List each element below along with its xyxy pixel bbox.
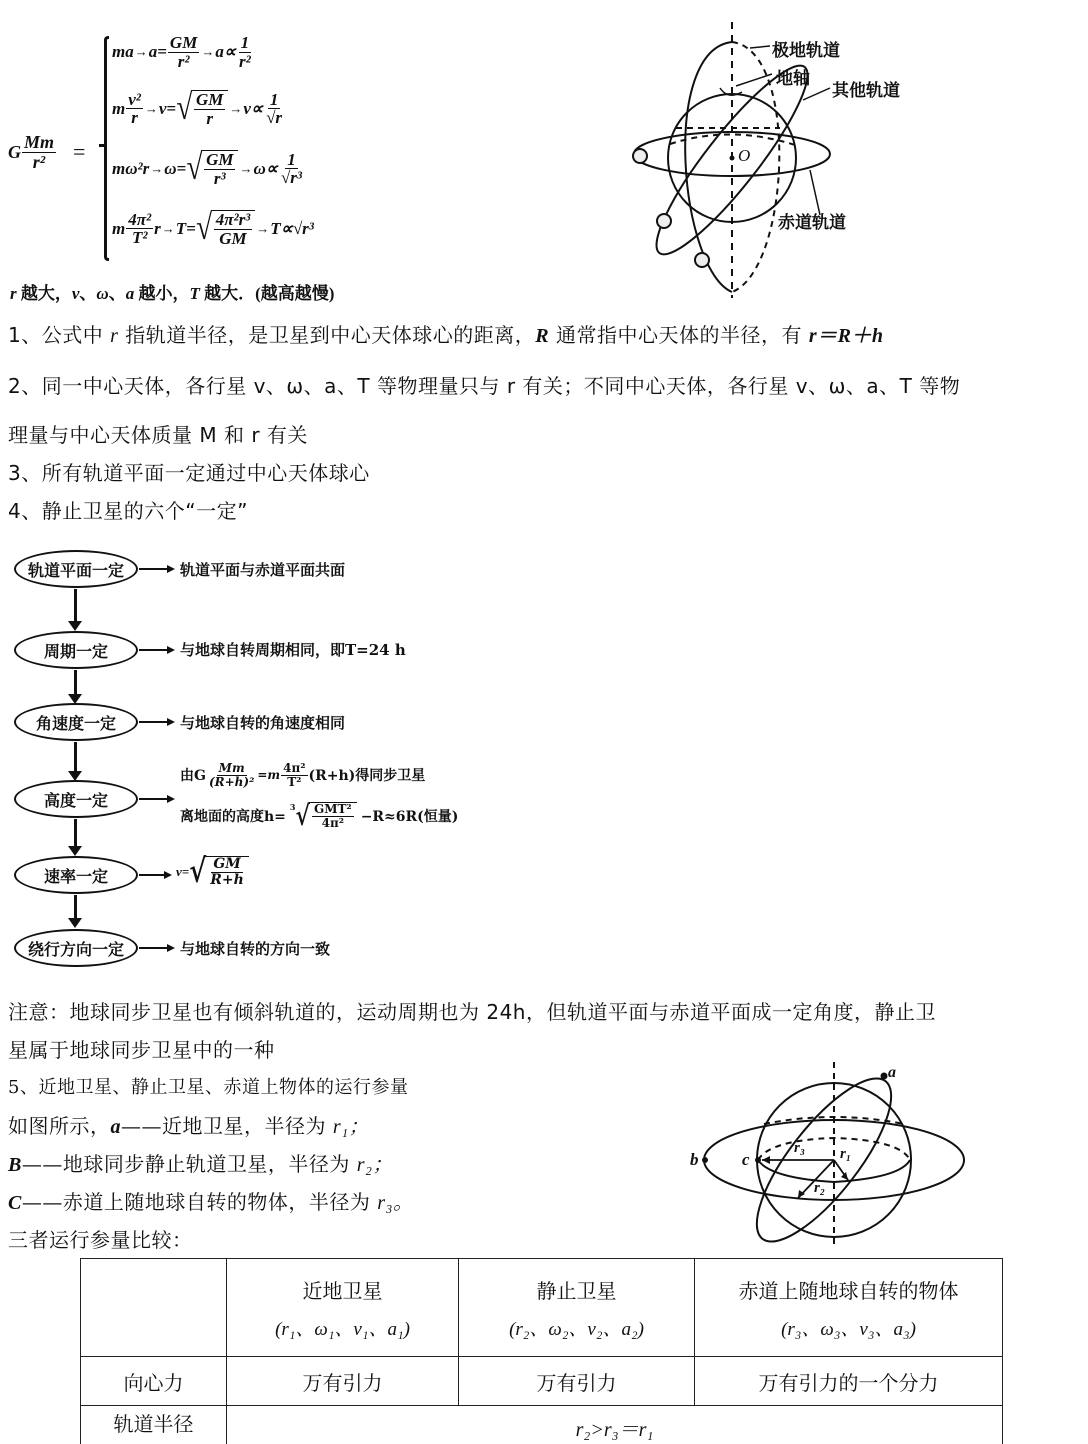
arrow-line	[139, 947, 171, 949]
row-result: v=	[159, 99, 176, 119]
table-header-cell: 近地卫星 (r₁、ω₁、v₁、a₁)	[227, 1259, 459, 1357]
label-other-orbit: 其他轨道	[832, 76, 900, 101]
equals-sign: =	[73, 139, 85, 165]
fraction-numerator: GM	[211, 857, 242, 873]
row-prop-fraction: 1 √r³	[279, 151, 304, 188]
gravitation-formula-block: G Mm r² = ma → a= GM r² → a∝ 1 r² m v² r…	[8, 28, 428, 268]
label-c: c	[742, 1150, 750, 1170]
section-5-compare: 三者运行参量比较：	[8, 1224, 193, 1253]
fraction-denominator: r³	[212, 170, 228, 188]
arrow-down-icon	[68, 918, 82, 928]
text-segment: 通常指中心天体的半径，有	[549, 323, 809, 347]
table-row: 向心力 万有引力 万有引力 万有引力的一个分力	[81, 1357, 1003, 1406]
label-r2: r₂	[814, 1180, 825, 1197]
flow-node-period: 周期一定	[14, 631, 138, 669]
flow-desc-height-line-2: 离地面的高度h= 3 √GMT²4π² −R≈6R(恒量)	[180, 802, 458, 829]
fraction-denominator: r²	[237, 53, 253, 71]
radius-r2: r₂；	[357, 1154, 393, 1176]
fraction-numerator: 1	[285, 151, 298, 170]
row-lead-tail: r	[154, 219, 161, 239]
fraction-denominator: T²	[130, 229, 149, 247]
arrow-right-icon	[167, 718, 175, 726]
flow-desc-direction: 与地球自转的方向一致	[180, 938, 330, 959]
formula-lhs-g: G	[8, 142, 21, 163]
arrow-line	[139, 649, 171, 651]
arrow-right-icon	[167, 944, 175, 952]
table-header-cell: 赤道上随地球自转的物体 (r₃、ω₃、v₃、a₃)	[695, 1259, 1003, 1357]
arrow-line	[74, 670, 77, 695]
fraction-numerator: 4π²	[281, 762, 307, 776]
arrow-line	[74, 589, 77, 621]
fraction-numerator: GM	[168, 34, 199, 53]
header-vars: (r₁、ω₁、v₁、a₁)	[227, 1314, 458, 1341]
arrow-right-icon	[167, 646, 175, 654]
point-2-line-1: 2、同一中心天体，各行星 v、ω、a、T 等物理量只与 r 有关；不同中心天体，…	[8, 370, 960, 399]
point-3: 3、所有轨道平面一定通过中心天体球心	[8, 457, 370, 486]
table-header-cell-empty	[81, 1259, 227, 1357]
fraction-numerator: 4π²r³	[214, 211, 253, 230]
flow-node-orbit-plane: 轨道平面一定	[14, 550, 138, 588]
arrow-right-icon: →	[229, 101, 242, 117]
label-polar-orbit: 极地轨道	[772, 36, 840, 61]
label-b: b	[690, 1150, 699, 1170]
row-proportional: ω∝	[253, 159, 277, 179]
radius-r1: r₁；	[333, 1116, 369, 1138]
arrow-line	[74, 819, 77, 847]
formula-lhs-fraction: Mm r²	[22, 133, 56, 172]
flow-node-height: 高度一定	[14, 780, 138, 818]
label-r3: r₃	[794, 1140, 805, 1157]
arrow-right-icon: →	[201, 44, 214, 60]
left-brace-tip-icon	[99, 144, 105, 147]
row-lead-fraction: 4π² T²	[126, 211, 153, 248]
orbit-types-diagram: 极地轨道 地轴 其他轨道 赤道轨道 O	[620, 20, 940, 300]
fraction-denominator: R+h	[208, 873, 246, 888]
fraction-denominator: √r³	[279, 169, 304, 187]
table-row: 轨道半径 r₂>r₃＝r₁	[81, 1406, 1003, 1444]
row-lead: mω²r	[112, 159, 149, 179]
arrow-right-icon: →	[150, 161, 163, 177]
sqrt-icon: √ GMr³	[186, 150, 238, 188]
table-header-cell: 静止卫星 (r₂、ω₂、v₂、a₂)	[459, 1259, 695, 1357]
sphere-orbit-diagram-icon	[680, 1060, 980, 1250]
table-cell-merged: r₂>r₃＝r₁	[227, 1406, 1003, 1444]
flow-node-angular-velocity: 角速度一定	[14, 703, 138, 741]
flow-node-speed: 速率一定	[14, 856, 138, 894]
fraction-numerator: GM	[204, 151, 235, 170]
fraction-denominator: r²	[31, 153, 47, 172]
flow-desc-period: 与地球自转周期相同，即T=24 h	[180, 639, 406, 660]
table-cell: 万有引力的一个分力	[695, 1357, 1003, 1406]
arrow-right-icon	[167, 565, 175, 573]
row-prop-value: √r³	[293, 219, 314, 239]
radius-r3: r₃。	[377, 1192, 413, 1214]
row-proportional: a∝	[215, 42, 236, 62]
flow-desc-angular-velocity: 与地球自转的角速度相同	[180, 712, 345, 733]
note-line-1: 注意：地球同步卫星也有倾斜轨道的，运动周期也为 24h，但轨道平面与赤道平面成一…	[8, 996, 936, 1025]
formula-row-velocity: m v² r → v= √ GMr → v∝ 1 √r	[112, 90, 285, 128]
section-5-title: 5、近地卫星、静止卫星、赤道上物体的运行参量	[8, 1073, 408, 1099]
arrow-line	[74, 742, 77, 772]
header-name: 静止卫星	[459, 1275, 694, 1304]
arrow-right-icon: →	[162, 221, 175, 237]
row-fraction: GM r²	[168, 34, 199, 71]
symbol-a: a	[111, 1116, 122, 1138]
label-a: a	[888, 1064, 896, 1082]
note-line-2: 星属于地球同步卫星中的一种	[8, 1034, 275, 1063]
flow-node-direction: 绕行方向一定	[14, 929, 138, 967]
fraction: 4π²T²	[281, 762, 307, 788]
arrow-down-icon	[68, 694, 82, 704]
label-earth-axis: 地轴	[776, 64, 810, 89]
flow-desc-height-line-1: 由G Mm(R+h)² =m 4π²T² (R+h)得同步卫星	[180, 762, 425, 788]
row-lead: ma	[112, 42, 134, 62]
fraction-denominator: r	[129, 109, 140, 127]
arrow-line	[139, 798, 171, 800]
header-name: 近地卫星	[227, 1275, 458, 1304]
summary-text: 越小，	[134, 284, 189, 303]
arrow-line	[139, 874, 167, 876]
formula-lhs: G Mm r² =	[8, 133, 85, 172]
fraction-denominator: 4π²	[320, 817, 346, 830]
fraction-numerator: Mm	[22, 133, 56, 153]
text-segment: 1、公式中	[8, 323, 110, 347]
arrow-line	[139, 568, 171, 570]
table-cell: 万有引力	[227, 1357, 459, 1406]
text-segment: ——地球同步静止轨道卫星，半径为	[22, 1152, 357, 1176]
summary-line: r 越大，v、ω、a 越小，T 越大．(越高越慢)	[10, 279, 334, 304]
label-r1: r₁	[840, 1146, 851, 1163]
formula-row-angular-velocity: mω²r → ω= √ GMr³ → ω∝ 1 √r³	[112, 150, 305, 188]
summary-text: 越大，	[17, 284, 72, 303]
var-r: r	[10, 284, 17, 303]
sqrt-icon: √GMT²4π²	[296, 802, 357, 829]
row-prop-fraction: 1 √r	[264, 91, 284, 128]
text-segment: 离地面的高度h=	[180, 806, 286, 826]
row-result: ω=	[164, 159, 186, 179]
row-prop-fraction: 1 r²	[237, 34, 253, 71]
arrow-down-icon	[68, 621, 82, 631]
row-result: T=	[176, 219, 196, 239]
row-result: a=	[149, 42, 167, 62]
row-label: 向心力	[81, 1357, 227, 1406]
section-5-line-a: 如图所示，a——近地卫星，半径为 r₁；	[8, 1110, 369, 1139]
label-equatorial-orbit: 赤道轨道	[778, 208, 846, 233]
arrow-right-icon: →	[239, 161, 252, 177]
satellite-comparison-diagram: a b c r₃ r₁ r₂	[680, 1060, 980, 1250]
row-label: 轨道半径	[81, 1406, 227, 1444]
left-brace-icon	[104, 36, 109, 261]
row-proportional: v∝	[243, 99, 263, 119]
arrow-right-icon	[164, 871, 172, 879]
table-header-row: 近地卫星 (r₁、ω₁、v₁、a₁) 静止卫星 (r₂、ω₂、v₂、a₂) 赤道…	[81, 1259, 1003, 1357]
row-proportional: T∝	[270, 219, 293, 239]
table-cell: 万有引力	[459, 1357, 695, 1406]
arrow-right-icon	[167, 795, 175, 803]
symbol-b: B	[8, 1154, 22, 1176]
fraction-numerator: GMT²	[312, 803, 354, 817]
fraction-denominator: (R+h)²	[207, 776, 256, 789]
sqrt-icon: √GMR+h	[189, 856, 249, 887]
formula-row-acceleration: ma → a= GM r² → a∝ 1 r²	[112, 34, 254, 71]
symbol-c: C	[8, 1192, 22, 1214]
text-segment: 由G	[180, 765, 206, 785]
arrow-right-icon: →	[256, 221, 269, 237]
fraction-numerator: v²	[126, 91, 143, 110]
fraction-numerator: 1	[239, 34, 252, 53]
fraction-numerator: Mm	[217, 762, 247, 776]
fraction-denominator: √r	[264, 109, 284, 127]
equation-r-equals-r-plus-h: r＝R＋h	[809, 325, 884, 347]
flow-desc-orbit-plane: 轨道平面与赤道平面共面	[180, 559, 345, 580]
text-segment: 指轨道半径，是卫星到中心天体球心的距离，	[118, 323, 535, 347]
arrow-line	[74, 895, 77, 919]
separator: 、	[79, 284, 96, 303]
arrow-line	[139, 721, 171, 723]
root-index: 3	[290, 802, 296, 812]
fraction-denominator: r	[204, 110, 215, 128]
fraction-denominator: T²	[285, 776, 303, 789]
text-segment: =m	[257, 768, 280, 782]
comparison-table: 近地卫星 (r₁、ω₁、v₁、a₁) 静止卫星 (r₂、ω₂、v₂、a₂) 赤道…	[80, 1258, 1003, 1444]
sqrt-icon: √ 4π²r³GM	[196, 210, 255, 248]
fraction: Mm(R+h)²	[207, 762, 256, 788]
arrow-right-icon: →	[145, 101, 158, 117]
text-segment: v=	[176, 864, 189, 880]
separator: 、	[109, 284, 126, 303]
arrow-down-icon	[68, 846, 82, 856]
sqrt-icon: √ GMr	[176, 90, 228, 128]
var-a: a	[126, 284, 135, 303]
var-big-r: R	[535, 325, 549, 347]
section-5-line-b: B——地球同步静止轨道卫星，半径为 r₂；	[8, 1148, 393, 1177]
header-vars: (r₃、ω₃、v₃、a₃)	[695, 1314, 1002, 1341]
text-segment: −R≈6R(恒量)	[361, 806, 459, 826]
text-segment: ——近地卫星，半径为	[121, 1114, 333, 1138]
row-lead: m	[112, 219, 125, 239]
label-center-o: O	[738, 146, 750, 166]
var-t: T	[189, 284, 199, 303]
text-segment: (R+h)得同步卫星	[309, 765, 426, 785]
fraction-denominator: r²	[176, 53, 192, 71]
fraction-numerator: 4π²	[126, 211, 153, 230]
arrow-down-icon	[68, 771, 82, 781]
section-5-line-c: C——赤道上随地球自转的物体，半径为 r₃。	[8, 1186, 413, 1215]
arrow-right-icon: →	[135, 44, 148, 60]
fraction-numerator: 1	[268, 91, 281, 110]
point-2-line-2: 理量与中心天体质量 M 和 r 有关	[8, 419, 308, 448]
fraction-numerator: GM	[194, 91, 225, 110]
header-name: 赤道上随地球自转的物体	[695, 1275, 1002, 1304]
summary-text: 越大．(越高越慢)	[200, 284, 335, 303]
text-segment: 如图所示，	[8, 1114, 111, 1138]
text-segment: ——赤道上随地球自转的物体，半径为	[22, 1190, 377, 1214]
formula-row-period: m 4π² T² r → T= √ 4π²r³GM → T∝ √r³	[112, 210, 314, 248]
point-1: 1、公式中 r 指轨道半径，是卫星到中心天体球心的距离，R 通常指中心天体的半径…	[8, 319, 884, 348]
orbit-diagram-icon	[620, 20, 940, 300]
fraction-denominator: GM	[217, 230, 248, 248]
point-4: 4、静止卫星的六个“一定”	[8, 495, 248, 524]
header-vars: (r₂、ω₂、v₂、a₂)	[459, 1314, 694, 1341]
row-lead-fraction: v² r	[126, 91, 143, 128]
row-lead: m	[112, 99, 125, 119]
var-omega: ω	[96, 284, 108, 303]
flow-desc-speed: v= √GMR+h	[176, 856, 249, 887]
